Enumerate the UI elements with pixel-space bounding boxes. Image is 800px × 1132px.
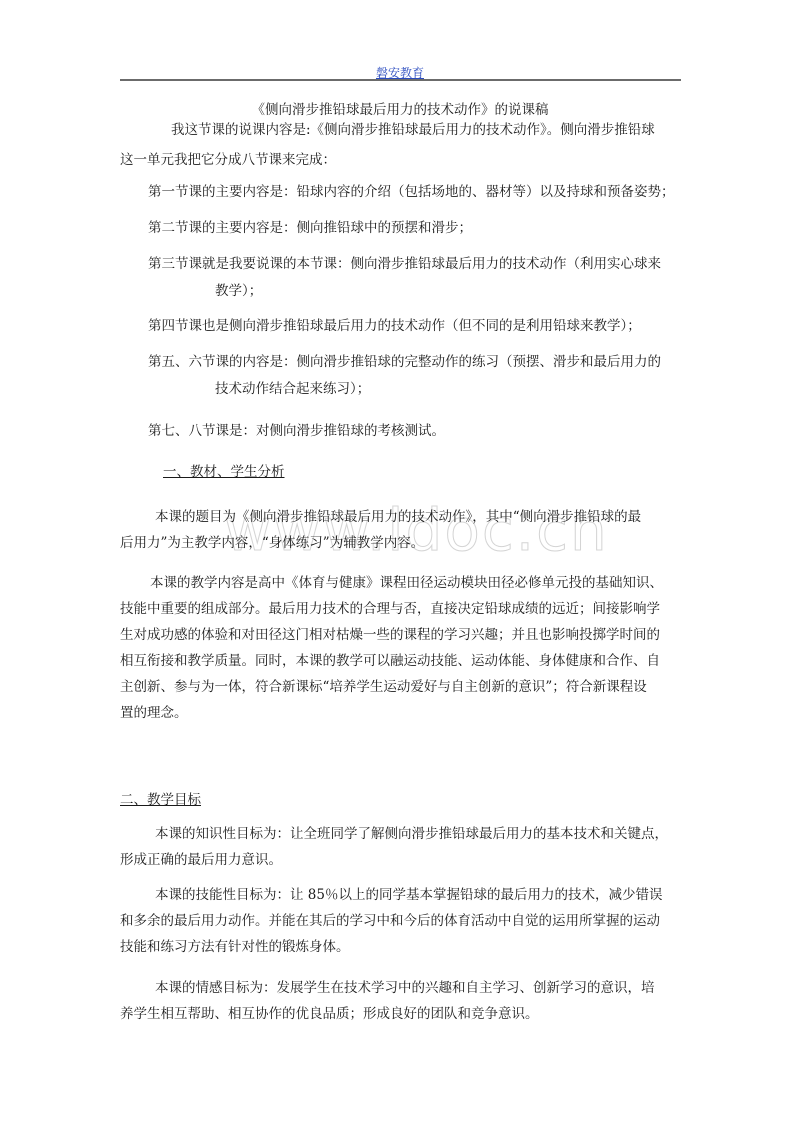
objective-knowledge-line: 形成正确的最后用力意识。	[120, 851, 282, 869]
paragraph-line: 本课的教学内容是高中《体育与健康》课程田径运动模块田径必修单元投的基础知识、	[150, 574, 663, 592]
paragraph-line: 技能中重要的组成部分。最后用力技术的合理与否，直接决定铅球成绩的远近；间接影响学	[120, 600, 660, 618]
section-heading-objectives: 二、教学目标	[120, 791, 201, 809]
lesson-item-continued: 技术动作结合起来练习）；	[215, 380, 370, 398]
lesson-item: 第五、六节课的内容是：侧向滑步推铅球的完整动作的练习（预摆、滑步和最后用力的	[148, 353, 661, 371]
lesson-item: 第三节课就是我要说课的本节课：侧向滑步推铅球最后用力的技术动作（利用实心球来	[148, 255, 661, 273]
watermark: www.ldoc.cn	[224, 496, 609, 564]
paragraph-line: 后用力”为主教学内容，“身体练习”为辅教学内容。	[120, 534, 424, 552]
objective-emotion-line: 本课的情感目标为：发展学生在技术学习中的兴趣和自主学习、创新学习的意识，培	[155, 979, 655, 997]
document-title: 《侧向滑步推铅球最后用力的技术动作》的说课稿	[0, 101, 800, 119]
site-link[interactable]: 磐安教育	[376, 66, 424, 80]
lesson-item-continued: 教学）；	[215, 282, 262, 300]
page-header: 磐安教育	[120, 62, 680, 80]
lesson-item: 第二节课的主要内容是：侧向推铅球中的预摆和滑步；	[148, 219, 472, 237]
objective-skill-line: 技能和练习方法有针对性的锻炼身体。	[120, 938, 350, 956]
paragraph-line: 主创新、参与为一体，符合新课标“培养学生运动爱好与自主创新的意识”；符合新课程设	[120, 678, 647, 696]
objective-skill-line: 和多余的最后用力动作。并能在其后的学习中和今后的体育活动中自觉的运用所掌握的运动	[120, 912, 660, 930]
paragraph-line: 置的理念。	[120, 704, 188, 722]
lesson-item: 第一节课的主要内容是：铅球内容的介绍（包括场地的、器材等）以及持球和预备姿势；	[148, 183, 675, 201]
paragraph-line: 相互衔接和教学质量。同时，本课的教学可以融运动技能、运动体能、身体健康和合作、自	[120, 652, 660, 670]
section-heading-analysis: 一、教材、学生分析	[163, 463, 285, 481]
objective-knowledge-line: 本课的知识性目标为：让全班同学了解侧向滑步推铅球最后用力的基本技术和关键点，	[155, 825, 668, 843]
intro-line: 我这节课的说课内容是:《侧向滑步推铅球最后用力的技术动作》。侧向滑步推铅球	[171, 121, 655, 139]
header-divider	[120, 79, 681, 81]
intro-line: 这一单元我把它分成八节课来完成：	[120, 151, 336, 169]
paragraph-line: 生对成功感的体验和对田径这门相对枯燥一些的课程的学习兴趣；并且也影响投掷学时间的	[120, 626, 660, 644]
lesson-item: 第七、八节课是：对侧向滑步推铅球的考核测试。	[148, 422, 445, 440]
paragraph-line: 本课的题目为《侧向滑步推铅球最后用力的技术动作》，其中“侧向滑步推铅球的最	[155, 508, 641, 526]
objective-skill-line: 本课的技能性目标为：让 85％以上的同学基本掌握铅球的最后用力的技术，减少错误	[155, 886, 662, 904]
objective-emotion-line: 养学生相互帮助、相互协作的优良品质；形成良好的团队和竞争意识。	[120, 1005, 539, 1023]
lesson-item: 第四节课也是侧向滑步推铅球最后用力的技术动作（但不同的是利用铅球来教学）；	[148, 317, 641, 335]
